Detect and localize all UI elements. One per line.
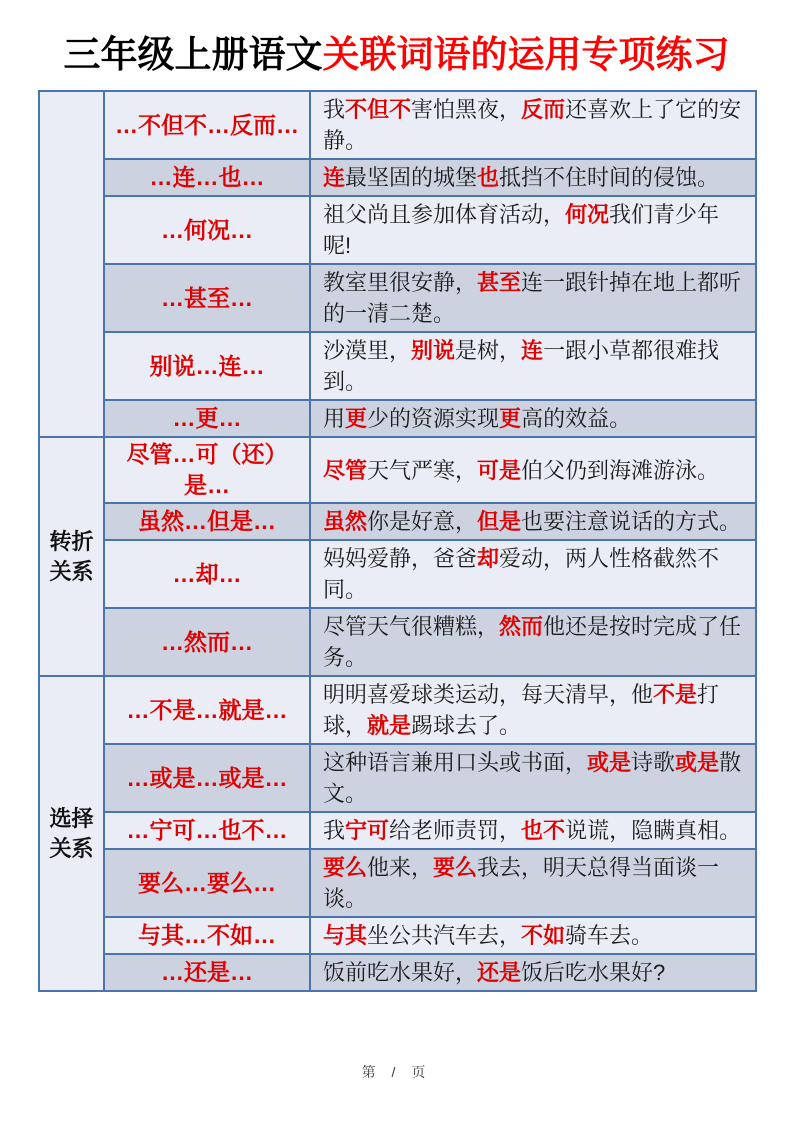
sentence-cell: 连最坚固的城堡也抵挡不住时间的侵蚀。 [310,159,756,196]
table-row: 转折关系尽管…可（还）是…尽管天气严寒，可是伯父仍到海滩游泳。 [39,437,756,503]
sentence-cell: 与其坐公共汽车去，不如骑车去。 [310,917,756,954]
pattern-cell: …然而… [104,608,310,676]
pattern-cell: …或是…或是… [104,744,310,812]
pattern-cell: …还是… [104,954,310,991]
sentence-cell: 我不但不害怕黑夜，反而还喜欢上了它的安静。 [310,91,756,159]
sentence-text: 也要注意说话的方式。 [521,509,741,534]
conjunction-highlight: 更 [345,406,367,431]
sentence-cell: 祖父尚且参加体育活动，何况我们青少年呢! [310,196,756,264]
pattern-cell: …不但不…反而… [104,91,310,159]
sentence-cell: 明明喜爱球类运动，每天清早，他不是打球，就是踢球去了。 [310,676,756,744]
title-red-part: 关联词语的运用专项练习 [323,35,730,76]
conjunction-highlight: 尽管 [323,458,367,483]
table-row: …然而…尽管天气很糟糕，然而他还是按时完成了任务。 [39,608,756,676]
table-row: …不但不…反而…我不但不害怕黑夜，反而还喜欢上了它的安静。 [39,91,756,159]
conjunction-highlight: 或是 [587,750,631,775]
conjunction-highlight: 连 [323,165,345,190]
sentence-text: 用 [323,406,345,431]
sentence-cell: 我宁可给老师责罚，也不说谎，隐瞒真相。 [310,812,756,849]
table-row: 虽然…但是…虽然你是好意，但是也要注意说话的方式。 [39,503,756,540]
sentence-text: 诗歌 [631,750,675,775]
sentence-cell: 虽然你是好意，但是也要注意说话的方式。 [310,503,756,540]
table-row: …却…妈妈爱静，爸爸却爱动，两人性格截然不同。 [39,540,756,608]
conjunction-highlight: 还是 [477,960,521,985]
sentence-text: 少的资源实现 [367,406,499,431]
conjunction-highlight: 不但不 [345,97,411,122]
conjunction-highlight: 何况 [565,202,609,227]
pattern-cell: 与其…不如… [104,917,310,954]
conjunction-highlight: 要么 [323,855,367,880]
table-row: 与其…不如…与其坐公共汽车去，不如骑车去。 [39,917,756,954]
conjunction-highlight: 更 [499,406,521,431]
category-cell [39,91,104,437]
pattern-cell: …宁可…也不… [104,812,310,849]
sentence-text: 高的效益。 [521,406,631,431]
table-row: …连…也…连最坚固的城堡也抵挡不住时间的侵蚀。 [39,159,756,196]
sentence-text: 饭前吃水果好， [323,960,477,985]
pattern-cell: 尽管…可（还）是… [104,437,310,503]
sentence-text: 踢球去了。 [411,713,521,738]
pattern-cell: …何况… [104,196,310,264]
pattern-cell: …更… [104,400,310,437]
sentence-cell: 妈妈爱静，爸爸却爱动，两人性格截然不同。 [310,540,756,608]
page-footer: 第 / 页 [0,1062,793,1082]
title-black-part: 三年级上册语文 [64,35,323,76]
conjunction-highlight: 宁可 [345,818,389,843]
sentence-text: 沙漠里， [323,338,411,363]
sentence-cell: 饭前吃水果好，还是饭后吃水果好? [310,954,756,991]
sentence-text: 教室里很安静， [323,270,477,295]
sentence-cell: 教室里很安静，甚至连一跟针掉在地上都听的一清二楚。 [310,264,756,332]
sentence-cell: 要么他来，要么我去，明天总得当面谈一谈。 [310,849,756,917]
sentence-cell: 尽管天气严寒，可是伯父仍到海滩游泳。 [310,437,756,503]
conjunction-highlight: 与其 [323,923,367,948]
conjunction-table: …不但不…反而…我不但不害怕黑夜，反而还喜欢上了它的安静。…连…也…连最坚固的城… [38,90,757,992]
table-row: …还是…饭前吃水果好，还是饭后吃水果好? [39,954,756,991]
sentence-text: 妈妈爱静，爸爸 [323,546,477,571]
conjunction-highlight: 但是 [477,509,521,534]
conjunction-highlight: 也不 [521,818,565,843]
conjunction-highlight: 却 [477,546,499,571]
sentence-text: 我 [323,818,345,843]
sentence-text: 你是好意， [367,509,477,534]
table-row: …甚至…教室里很安静，甚至连一跟针掉在地上都听的一清二楚。 [39,264,756,332]
sentence-text: 这种语言兼用口头或书面， [323,750,587,775]
sentence-text: 天气严寒， [367,458,477,483]
sentence-text: 害怕黑夜， [411,97,521,122]
sentence-cell: 这种语言兼用口头或书面，或是诗歌或是散文。 [310,744,756,812]
sentence-text: 骑车去。 [565,923,653,948]
sentence-cell: 沙漠里，别说是树，连一跟小草都很难找到。 [310,332,756,400]
sentence-text: 祖父尚且参加体育活动， [323,202,565,227]
conjunction-highlight: 然而 [499,614,543,639]
sentence-text: 抵挡不住时间的侵蚀。 [499,165,719,190]
sentence-text: 给老师责罚， [389,818,521,843]
sentence-cell: 尽管天气很糟糕，然而他还是按时完成了任务。 [310,608,756,676]
table-row: 选择关系…不是…就是…明明喜爱球类运动，每天清早，他不是打球，就是踢球去了。 [39,676,756,744]
table-row: 要么…要么…要么他来，要么我去，明天总得当面谈一谈。 [39,849,756,917]
conjunction-highlight: 虽然 [323,509,367,534]
table-row: …何况…祖父尚且参加体育活动，何况我们青少年呢! [39,196,756,264]
table-row: …或是…或是…这种语言兼用口头或书面，或是诗歌或是散文。 [39,744,756,812]
sentence-text: 最坚固的城堡 [345,165,477,190]
conjunction-table-body: …不但不…反而…我不但不害怕黑夜，反而还喜欢上了它的安静。…连…也…连最坚固的城… [39,91,756,991]
conjunction-highlight: 别说 [411,338,455,363]
pattern-cell: …不是…就是… [104,676,310,744]
conjunction-highlight: 连 [521,338,543,363]
page-number-text: 第 / 页 [362,1064,432,1080]
conjunction-highlight: 甚至 [477,270,521,295]
conjunction-highlight: 反而 [521,97,565,122]
document-page: 三年级上册语文关联词语的运用专项练习 …不但不…反而…我不但不害怕黑夜，反而还喜… [0,24,793,992]
pattern-cell: …甚至… [104,264,310,332]
sentence-text: 饭后吃水果好? [521,960,665,985]
sentence-cell: 用更少的资源实现更高的效益。 [310,400,756,437]
pattern-cell: …却… [104,540,310,608]
conjunction-highlight: 可是 [477,458,521,483]
sentence-text: 我 [323,97,345,122]
conjunction-highlight: 要么 [433,855,477,880]
sentence-text: 是树， [455,338,521,363]
conjunction-highlight: 不如 [521,923,565,948]
table-row: …更…用更少的资源实现更高的效益。 [39,400,756,437]
pattern-cell: 别说…连… [104,332,310,400]
sentence-text: 伯父仍到海滩游泳。 [521,458,719,483]
category-cell: 转折关系 [39,437,104,676]
pattern-cell: 要么…要么… [104,849,310,917]
table-row: …宁可…也不…我宁可给老师责罚，也不说谎，隐瞒真相。 [39,812,756,849]
pattern-cell: …连…也… [104,159,310,196]
sentence-text: 坐公共汽车去， [367,923,521,948]
conjunction-highlight: 不是 [653,682,697,707]
sentence-text: 他来， [367,855,433,880]
conjunction-highlight: 或是 [675,750,719,775]
pattern-cell: 虽然…但是… [104,503,310,540]
page-title: 三年级上册语文关联词语的运用专项练习 [10,24,783,78]
sentence-text: 尽管天气很糟糕， [323,614,499,639]
table-row: 别说…连…沙漠里，别说是树，连一跟小草都很难找到。 [39,332,756,400]
conjunction-highlight: 也 [477,165,499,190]
sentence-text: 明明喜爱球类运动，每天清早，他 [323,682,653,707]
conjunction-highlight: 就是 [367,713,411,738]
category-cell: 选择关系 [39,676,104,991]
sentence-text: 说谎，隐瞒真相。 [565,818,741,843]
